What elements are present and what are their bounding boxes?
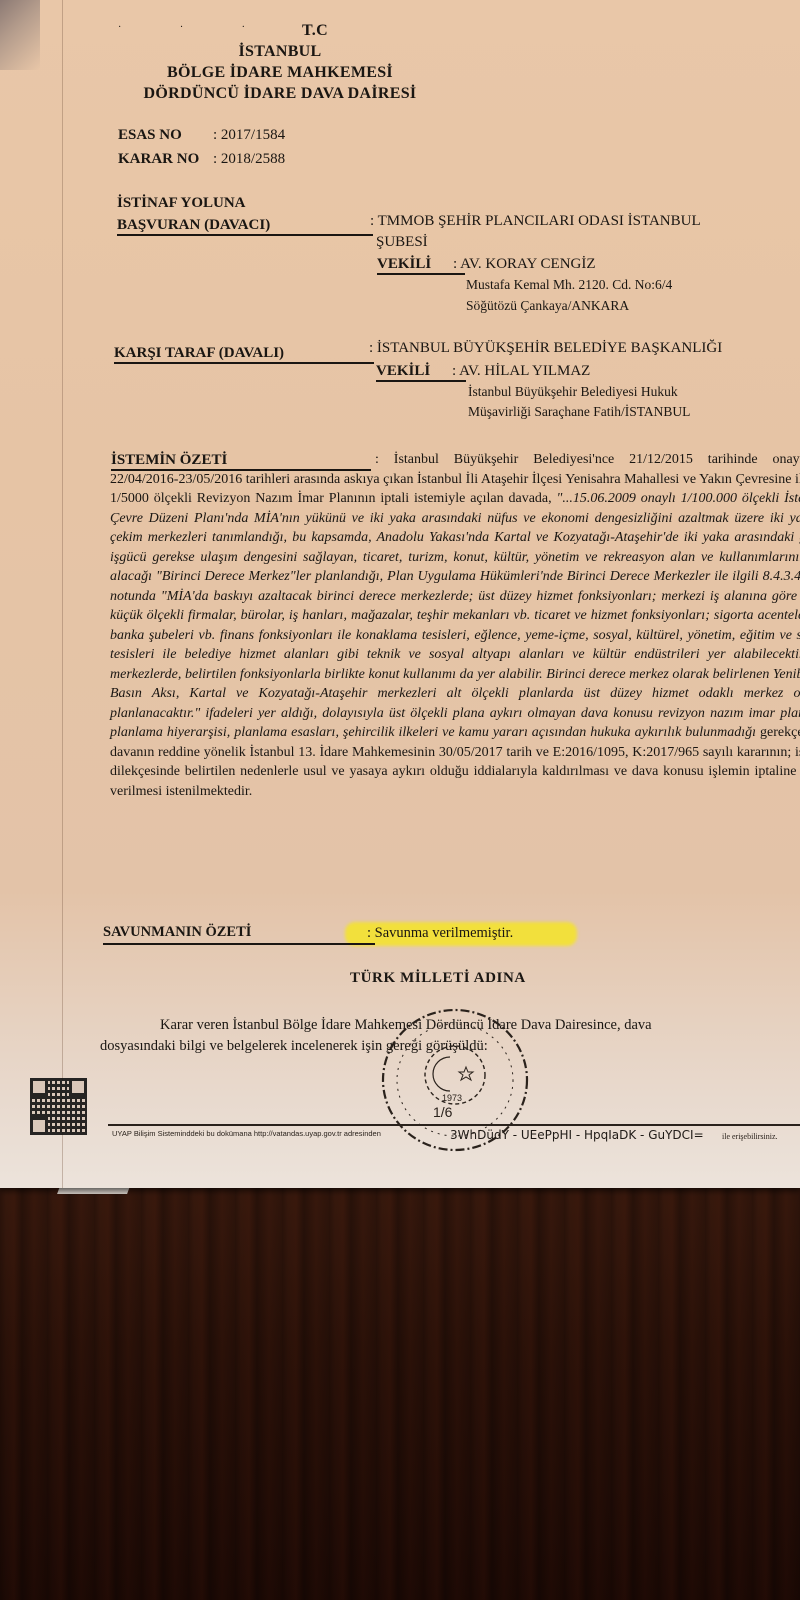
header-line-chamber: DÖRDÜNCÜ İDARE DAVA DAİRESİ <box>120 83 440 104</box>
wooden-table-surface <box>0 1180 800 1600</box>
respondent-vekil-label: VEKİLİ <box>376 361 430 381</box>
karar-label: KARAR NO <box>118 147 213 171</box>
karar-row: KARAR NO: 2018/2588 <box>118 147 285 171</box>
appellant-vekil-label: VEKİLİ <box>377 254 431 274</box>
claim-summary-quote: "...15.06.2009 onaylı 1/100.000 ölçekli … <box>110 491 800 721</box>
respondent-label: KARŞI TARAF (DAVALI) <box>114 343 284 363</box>
defense-summary-value: : Savunma verilmemiştir. <box>367 925 513 942</box>
esas-row: ESAS NO: 2017/1584 <box>118 123 285 147</box>
footer-rule <box>108 1124 800 1126</box>
defense-summary-label: SAVUNMANIN ÖZETİ <box>103 924 251 941</box>
court-decision-page: · · · T.C İSTANBUL BÖLGE İDARE MAHKEMESİ… <box>0 0 800 1188</box>
page-number: 1/6 <box>433 1104 452 1120</box>
respondent-address-line1: İstanbul Büyükşehir Belediyesi Hukuk <box>468 381 678 402</box>
respondent-label-underline <box>114 362 374 364</box>
verdict-heading: TÜRK MİLLETİ ADINA <box>350 970 526 987</box>
appellant-vekil-name: : AV. KORAY CENGİZ <box>453 254 596 274</box>
respondent-vekil-name: : AV. HİLAL YILMAZ <box>452 361 590 381</box>
claim-summary-middle: ifadeleri yer aldığı, dolayısıyla üst öl… <box>110 706 800 741</box>
appellant-name-line2: ŞUBESİ <box>376 232 428 252</box>
esas-value: : 2017/1584 <box>213 127 285 143</box>
appellant-vekil-underline <box>377 273 465 275</box>
header-line-tc: T.C <box>120 20 440 41</box>
page-margin-line <box>62 0 63 1188</box>
appellant-name-line1: : TMMOB ŞEHİR PLANCILARI ODASI İSTANBUL <box>370 211 701 231</box>
defense-summary-underline <box>103 943 375 945</box>
appellant-label-line2: BAŞVURAN (DAVACI) <box>117 215 270 235</box>
claim-summary-text: : İstanbul Büyükşehir Belediyesi'nce 21/… <box>110 450 800 801</box>
appellant-label-line1: İSTİNAF YOLUNA <box>117 193 246 213</box>
footer-tail-text: ile erişebilirsiniz. <box>722 1132 778 1141</box>
appellant-label-underline <box>117 234 373 236</box>
case-numbers: ESAS NO: 2017/1584 KARAR NO: 2018/2588 <box>118 123 285 171</box>
uyap-footer-text: UYAP Bilişim Sisteminddeki bu dokümana h… <box>112 1129 381 1138</box>
header-line-court: BÖLGE İDARE MAHKEMESİ <box>120 62 440 83</box>
respondent-address-line2: Müşavirliği Saraçhane Fatih/İSTANBUL <box>468 401 690 422</box>
appellant-address-line1: Mustafa Kemal Mh. 2120. Cd. No:6/4 <box>466 274 672 295</box>
page-fold-shadow <box>0 0 40 70</box>
svg-text:1973: 1973 <box>442 1093 462 1103</box>
karar-value: : 2018/2588 <box>213 151 285 167</box>
esas-label: ESAS NO <box>118 123 213 147</box>
qr-code-icon <box>30 1078 87 1135</box>
verification-code: 3WhDüdY - UEePpHI - HpqIaDK - GuYDCI= <box>450 1128 704 1142</box>
header-line-city: İSTANBUL <box>120 41 440 62</box>
respondent-name: : İSTANBUL BÜYÜKŞEHİR BELEDİYE BAŞKANLIĞ… <box>369 338 722 358</box>
appellant-address-line2: Söğütözü Çankaya/ANKARA <box>466 295 629 316</box>
court-header: T.C İSTANBUL BÖLGE İDARE MAHKEMESİ DÖRDÜ… <box>120 20 440 104</box>
